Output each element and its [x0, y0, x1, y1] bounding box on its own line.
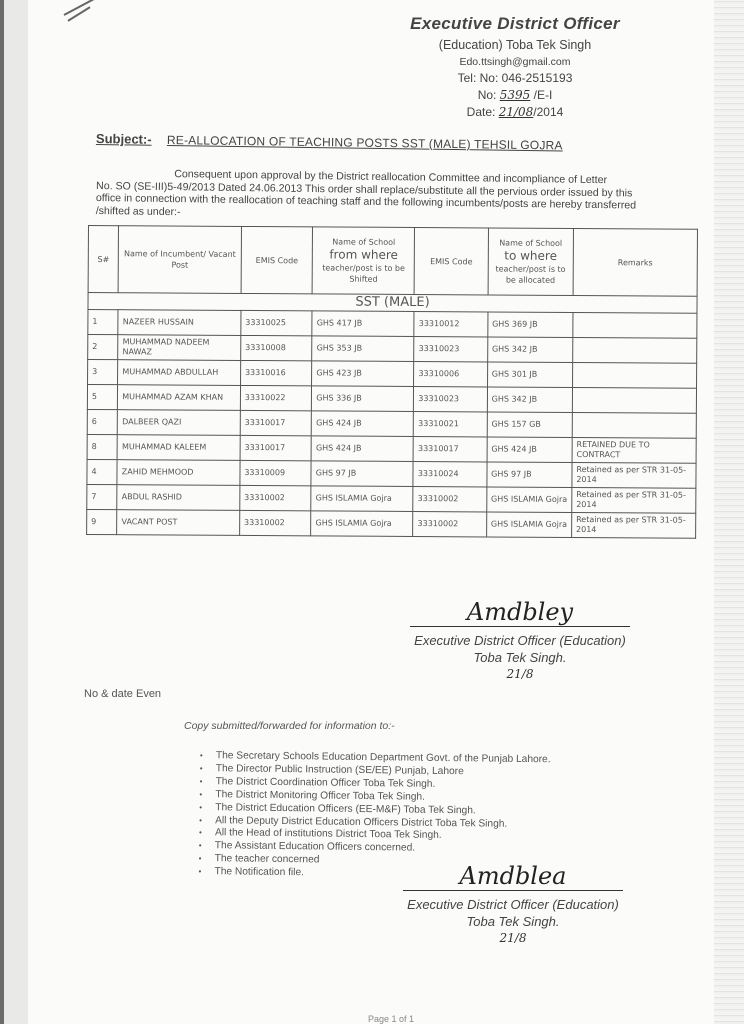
no-date-even: No & date Even	[84, 688, 161, 700]
row-school-from: GHS 97 JB	[311, 461, 413, 487]
header-text: to where	[492, 248, 568, 263]
row-name: DALBEER QAZI	[118, 410, 241, 436]
row-school-to: GHS 424 JB	[487, 437, 572, 463]
signatory-place: Toba Tek Singh.	[385, 650, 655, 665]
table-row: 5MUHAMMAD AZAM KHAN33310022GHS 336 JB333…	[87, 385, 696, 414]
header-text: teacher/post is to be Shifted	[322, 263, 405, 283]
row-school-to: GHS 342 JB	[487, 387, 572, 413]
row-remarks: Retained as per STR 31-05-2014	[572, 462, 696, 488]
row-name: MUHAMMAD NADEEM NAWAZ	[118, 335, 241, 361]
signatory-place: Toba Tek Singh.	[378, 914, 648, 929]
initial-date: 21/8	[378, 931, 648, 945]
row-name: NAZEER HUSSAIN	[118, 310, 241, 336]
row-remarks	[573, 337, 697, 363]
row-school-from: GHS ISLAMIA Gojra	[311, 486, 413, 512]
row-emis-from: 33310017	[240, 435, 312, 460]
signatory-role: Executive District Officer (Education)	[385, 633, 655, 648]
row-school-to: GHS ISLAMIA Gojra	[486, 487, 571, 513]
row-school-to: GHS 342 JB	[487, 337, 572, 363]
row-sn: 3	[88, 360, 118, 385]
col-remarks: Remarks	[573, 228, 698, 296]
date-value: 21/08	[499, 105, 534, 119]
table-row: 3MUHAMMAD ABDULLAH33310016GHS 423 JB3331…	[88, 360, 697, 389]
col-emis-from: EMIS Code	[241, 226, 313, 293]
subject-label: Subject:-	[96, 131, 152, 147]
row-sn: 5	[87, 385, 117, 410]
col-name: Name of Incumbent/ Vacant Post	[118, 226, 241, 294]
signature-line	[410, 626, 630, 627]
telephone: Tel: No: 046-2515193	[395, 71, 635, 85]
row-emis-to: 33310012	[414, 311, 487, 336]
date-suffix: /2014	[533, 105, 563, 119]
row-emis-to: 33310002	[413, 486, 486, 511]
initial-date: 21/8	[385, 667, 655, 681]
table-header-row: S# Name of Incumbent/ Vacant Post EMIS C…	[88, 226, 697, 297]
letterhead: Executive District Officer (Education) T…	[395, 14, 635, 119]
table-row: 7ABDUL RASHID33310002GHS ISLAMIA Gojra33…	[87, 484, 696, 513]
row-sn: 4	[87, 459, 117, 484]
table-row: 2MUHAMMAD NADEEM NAWAZ33310008GHS 353 JB…	[88, 335, 697, 364]
signatory-role: Executive District Officer (Education)	[378, 897, 648, 912]
header-text: from where	[317, 247, 410, 263]
row-remarks	[572, 387, 696, 413]
row-emis-from: 33310009	[240, 460, 312, 485]
row-emis-to: 33310023	[414, 386, 487, 411]
header-text: Name of School	[499, 239, 562, 248]
col-school-to: Name of School to where teacher/post is …	[488, 228, 574, 296]
col-school-from: Name of School from where teacher/post i…	[312, 227, 414, 295]
table-row: 4ZAHID MEHMOOD33310009GHS 97 JB33310024G…	[87, 459, 696, 488]
row-remarks	[572, 362, 696, 388]
body-paragraph: Consequent upon approval by the District…	[96, 167, 692, 225]
signature: Amdbley	[385, 598, 655, 626]
row-school-to: GHS ISLAMIA Gojra	[486, 512, 571, 538]
row-emis-to: 33310024	[413, 461, 486, 486]
table-row: 6DALBEER QAZI33310017GHS 424 JB33310021G…	[87, 409, 696, 438]
row-school-from: GHS 424 JB	[312, 411, 414, 437]
row-remarks: Retained as per STR 31-05-2014	[572, 487, 696, 513]
scan-right-edge-noise	[714, 0, 744, 1024]
row-sn: 9	[87, 509, 117, 534]
page-number: Page 1 of 1	[368, 1014, 414, 1024]
row-school-to: GHS 97 JB	[487, 462, 572, 488]
letter-date: Date: 21/08/2014	[395, 105, 635, 119]
row-school-from: GHS ISLAMIA Gojra	[311, 511, 413, 537]
row-remarks: RETAINED DUE TO CONTRACT	[572, 437, 696, 463]
row-sn: 7	[87, 484, 117, 509]
row-remarks	[572, 412, 696, 438]
row-name: MUHAMMAD AZAM KHAN	[118, 385, 241, 411]
row-school-to: GHS 369 JB	[488, 312, 573, 338]
department: (Education) Toba Tek Singh	[395, 38, 635, 52]
row-emis-from: 33310022	[240, 385, 312, 410]
row-name: VACANT POST	[117, 510, 240, 536]
row-sn: 6	[87, 409, 117, 434]
number-value: 5395	[500, 88, 531, 102]
email: Edo.ttsingh@gmail.com	[395, 56, 635, 68]
row-school-from: GHS 424 JB	[311, 436, 413, 462]
row-remarks: Retained as per STR 31-05-2014	[572, 512, 696, 538]
signature: Amdblea	[378, 862, 648, 890]
number-suffix: /E-I	[534, 88, 553, 102]
copy-heading: Copy submitted/forwarded for information…	[184, 720, 395, 732]
date-label: Date:	[467, 105, 496, 119]
row-sn: 8	[87, 434, 117, 459]
row-emis-to: 33310021	[414, 411, 487, 436]
row-emis-from: 33310002	[240, 485, 312, 510]
reallocation-table: S# Name of Incumbent/ Vacant Post EMIS C…	[86, 225, 698, 539]
row-emis-to: 33310023	[414, 336, 487, 361]
number-label: No:	[478, 88, 497, 102]
row-emis-from: 33310025	[241, 310, 313, 335]
row-sn: 2	[88, 335, 118, 360]
col-sn: S#	[88, 226, 119, 293]
row-school-from: GHS 417 JB	[312, 311, 414, 337]
signature-line	[403, 890, 623, 891]
col-emis-to: EMIS Code	[414, 227, 488, 294]
row-school-from: GHS 353 JB	[312, 336, 414, 362]
table-row: 1NAZEER HUSSAIN33310025GHS 417 JB3331001…	[88, 310, 697, 339]
row-name: ABDUL RASHID	[117, 485, 240, 511]
row-name: ZAHID MEHMOOD	[117, 460, 240, 486]
row-name: MUHAMMAD KALEEM	[117, 435, 240, 461]
row-emis-to: 33310006	[414, 361, 487, 386]
row-school-to: GHS 157 GB	[487, 412, 572, 438]
signature-block-2: Amdblea Executive District Officer (Educ…	[378, 862, 648, 945]
row-remarks	[573, 312, 697, 338]
row-sn: 1	[88, 310, 118, 335]
row-school-to: GHS 301 JB	[487, 362, 572, 388]
header-text: Name of School	[332, 237, 395, 246]
scan-margin-strip	[4, 0, 30, 1024]
row-emis-from: 33310002	[239, 510, 311, 535]
row-emis-to: 33310002	[413, 511, 486, 536]
letter-number: No: 5395 /E-I	[395, 88, 635, 102]
signature-block-1: Amdbley Executive District Officer (Educ…	[385, 598, 655, 681]
row-emis-to: 33310017	[413, 436, 486, 461]
office-title: Executive District Officer	[395, 14, 635, 34]
table-row: 9VACANT POST33310002GHS ISLAMIA Gojra333…	[87, 509, 696, 538]
row-emis-from: 33310017	[240, 410, 312, 435]
row-school-from: GHS 423 JB	[312, 361, 414, 387]
table-row: 8MUHAMMAD KALEEM33310017GHS 424 JB333100…	[87, 434, 696, 463]
row-emis-from: 33310016	[240, 360, 312, 385]
row-name: MUHAMMAD ABDULLAH	[118, 360, 241, 386]
row-school-from: GHS 336 JB	[312, 386, 414, 412]
row-emis-from: 33310008	[241, 335, 313, 360]
header-text: teacher/post is to be allocated	[495, 264, 565, 284]
